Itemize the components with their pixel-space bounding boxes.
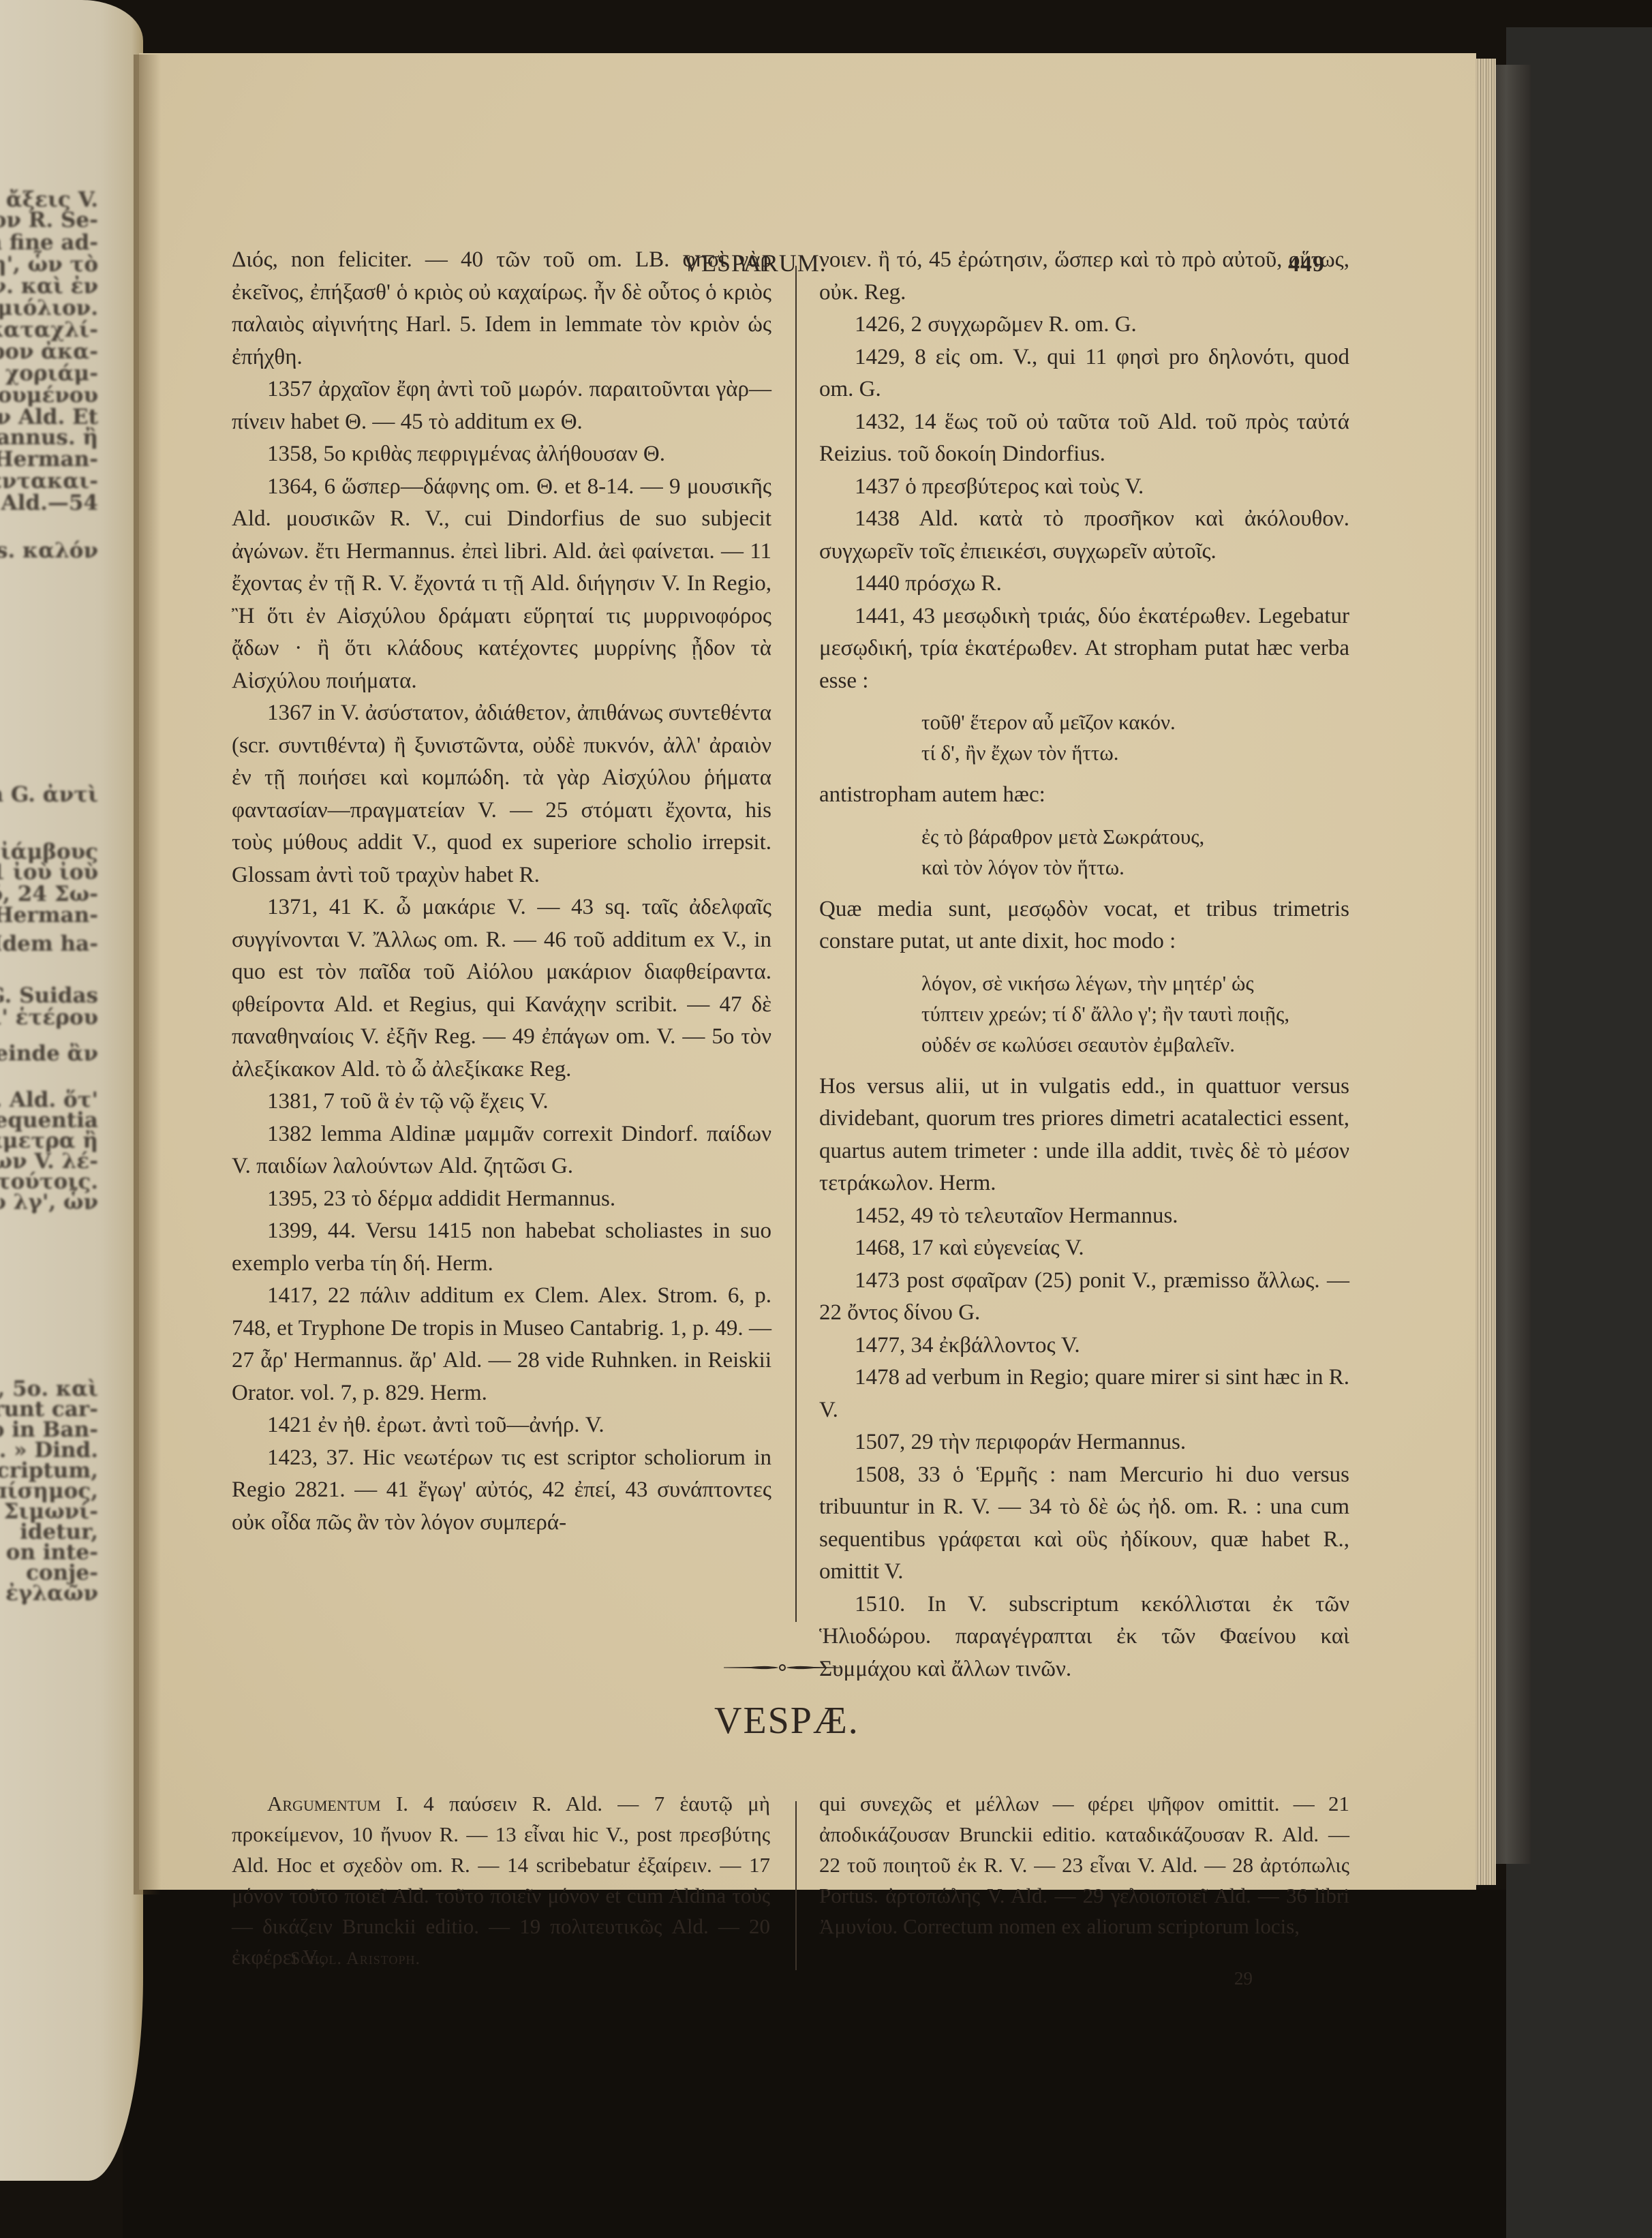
commentary-column-right: νοιεν. ἢ τό, 45 ἐρώτησιν, ὥσπερ καὶ τὸ π… [819,244,1349,1685]
left-page-text-fragment: orfius. καλόν [0,538,98,563]
scholion-entry: 1395, 23 τὸ δέρμα addidit Hermannus. [232,1183,771,1216]
argument-column-left: Argumentum I. 4 παύσειν R. Ald. — 7 ἑαυτ… [232,1788,770,1972]
continued-text: Quæ media sunt, μεσῳδὸν vocat, et tribus… [819,893,1349,958]
commentary-column-left: Διός, non feliciter. — 40 τῶν τοῦ om. LB… [232,244,771,1539]
left-page-text-fragment: ιν Herman- [0,903,98,928]
scholion-entry: 1357 ἀρχαῖον ἔφη ἀντὶ τοῦ μωρόν. παραιτο… [232,373,771,438]
left-page-text-fragment: — 21 ἰοὺ ἰοὺ [0,860,98,885]
continued-text: Hos versus alii, ut in vulgatis edd., in… [819,1071,1349,1200]
left-page-text-fragment: Deinde ἂν [0,1041,98,1066]
scholion-entry: 1507, 29 τὴν περιφοράν Hermannus. [819,1426,1349,1459]
scholion-entry: 1437 ὁ πρεσβύτερος καὶ τοὺς V. [819,471,1349,504]
signature-mark: Schol. Aristoph. [290,1948,420,1969]
scholion-entry: 1438 Ald. κατὰ τὸ προσῆκον καὶ ἀκόλουθον… [819,503,1349,568]
verse-quotation: ἐς τὸ βάραθρον μετὰ Σωκράτους,καὶ τὸν λό… [819,821,1349,883]
main-page: VESPARUM. 449 Διός, non feliciter. — 40 … [139,53,1476,1890]
scholion-entry: 1468, 17 καὶ εὐγενείας V. [819,1232,1349,1265]
verse-quotation: τοῦθ' ἕτερον αὖ μεῖζον κακόν.τί δ', ἢν ἔ… [819,707,1349,768]
left-page-text-fragment: ικῶν ἡμιόλιον. [0,296,98,320]
scholion-entry: 1441, 43 μεσῳδικὴ τριάς, δύο ἑκατέρωθεν.… [819,600,1349,698]
left-page-text-fragment: δι' ἑτέρου [0,1005,98,1030]
left-page-text-fragment: α ἐκ καταχλί- [0,318,98,342]
column-divider-lower [795,1801,797,1970]
verse-line: καὶ τὸν λόγον τὸν ἥττω. [819,852,1349,883]
page-block-edges [1475,59,1496,1885]
scholion-entry: 1421 ἐν ἠθ. ἐρωτ. ἀντὶ τοῦ—ἀνήρ. V. [232,1409,771,1442]
left-page-text-fragment: ακτον. καὶ ἐν [0,274,98,298]
verse-line: λόγον, σὲ νικήσω λέγων, τὴν μητέρ' ὡς [819,968,1349,998]
left-page-text-fragment: . Idem ha- [0,932,98,956]
left-page-text-fragment: ίλιον ιη', ὧν τὸ [0,252,98,277]
left-facing-page: ὅτι ἄξεις V.ιόλιον R. Se-ui in fine ad-ί… [0,0,143,2181]
book-cover-edge [1490,65,1531,1864]
scholion-entry: 1477, 34 ἐκβάλλοντος V. [819,1330,1349,1362]
scholion-entry: 1429, 8 εἰς om. V., qui 11 φησὶ pro δηλο… [819,341,1349,406]
scholion-entry: 1432, 14 ἕως τοῦ οὐ ταῦτα τοῦ Ald. τοῦ π… [819,406,1349,471]
left-page-text-fragment: ικῆς Herman- [0,447,98,472]
verse-line: τοῦθ' ἕτερον αὖ μεῖζον κακόν. [819,707,1349,737]
scholion-entry: 1381, 7 τοῦ ἃ ἐν τῷ νῷ ἔχεις V. [232,1086,771,1118]
left-page-text-fragment: ράμμετρον ἀκα- [0,339,98,364]
continued-text: νοιεν. ἢ τό, 45 ἐρώτησιν, ὥσπερ καὶ τὸ π… [819,244,1349,309]
left-page-text-fragment: ιόλιον R. Se- [0,208,98,232]
scholion-entry: 1510. In V. subscriptum κεκόλλισται ἐκ τ… [819,1589,1349,1686]
scholion-entry: 1423, 37. Hic νεωτέρων τις est scriptor … [232,1442,771,1539]
left-page-text-fragment: ui in fine ad- [0,230,98,255]
scholion-entry: 1382 lemma Aldinæ μαμμᾶν correxit Dindor… [232,1118,771,1183]
left-page-text-fragment: ρων Ald.—54 [0,491,98,515]
scholion-entry: 1371, 41 K. ὦ μακάριε V. — 43 sq. ταῖς ἀ… [232,891,771,1086]
scholion-entry: 1358, 5ο κριθὰς πεφριγμένας ἀλήθουσαν Θ. [232,438,771,471]
gutter-shadow [134,55,161,1895]
left-page-text-fragment: οῦ καλουμένου [0,383,98,408]
verse-line: τύπτειν χρεών; τί δ' ἄλλο γ'; ἢν ταυτὶ π… [819,998,1349,1029]
left-page-text-fragment: οῦ πεντακαι- [0,469,98,493]
verse-line: ἐς τὸ βάραθρον μετὰ Σωκράτους, [819,821,1349,852]
argument-lead: Argumentum [267,1792,381,1815]
scholion-entry: 1508, 33 ὁ Ἑρμῆς : nam Mercurio hi duo v… [819,1459,1349,1589]
sheet-number: 29 [1234,1968,1253,1989]
scholion-entry: 1364, 6 ὥσπερ—δάφνης om. Θ. et 8-14. — 9… [232,471,771,698]
argument-text-right: qui συνεχῶς et μέλλων — φέρει ψῆφον omit… [819,1788,1349,1942]
verse-line: τί δ', ἢν ἔχων τὸν ἥττω. [819,737,1349,768]
scholion-entry: 1473 post σφαῖραν (25) ponit V., præmiss… [819,1265,1349,1330]
left-page-text-fragment: Hermannus. ἢ [0,425,98,450]
left-page-text-fragment: ur in G. ἀντὶ [0,782,98,807]
left-page-text-fragment: ῳ λγ', ὧν [0,1190,98,1214]
left-page-text-fragment: ς καὶ χοριάμ- [0,361,98,386]
scholion-entry: 1452, 49 τὸ τελευταῖον Hermannus. [819,1200,1349,1233]
scholion-entry: 1478 ad verbum in Regio; quare mirer si … [819,1362,1349,1426]
scholion-entry: 1399, 44. Versu 1415 non habebat scholia… [232,1215,771,1280]
ornament-rule-icon [724,1663,841,1672]
argument-text-left: I. 4 παύσειν R. Ald. — 7 ἑαυτῷ μὴ προκεί… [232,1792,770,1969]
verse-quotation: λόγον, σὲ νικήσω λέγων, τὴν μητέρ' ὡςτύπ… [819,968,1349,1060]
scholion-entry: 1417, 22 πάλιν additum ex Clem. Alex. St… [232,1280,771,1409]
continued-text: Διός, non feliciter. — 40 τῶν τοῦ om. LB… [232,244,771,373]
left-page-text-fragment: G. Suidas [0,983,98,1008]
section-title: VESPÆ. [714,1699,859,1743]
left-page-text-fragment: ἐγλαῶν [5,1581,98,1606]
argument-column-right: qui συνεχῶς et μέλλων — φέρει ψῆφον omit… [819,1788,1349,1942]
scholion-entry: 1426, 2 συγχωρῶμεν R. om. G. [819,309,1349,341]
scholion-entry: 1440 πρόσχω R. [819,568,1349,600]
scholion-entry: 1367 in V. ἀσύστατον, ἀδιάθετον, ἀπιθάνω… [232,697,771,891]
continued-text: antistropham autem hæc: [819,779,1349,812]
column-divider [795,266,797,1622]
verse-line: οὐδέν σε κωλύσει σεαυτὸν ἐμβαλεῖν. [819,1029,1349,1060]
